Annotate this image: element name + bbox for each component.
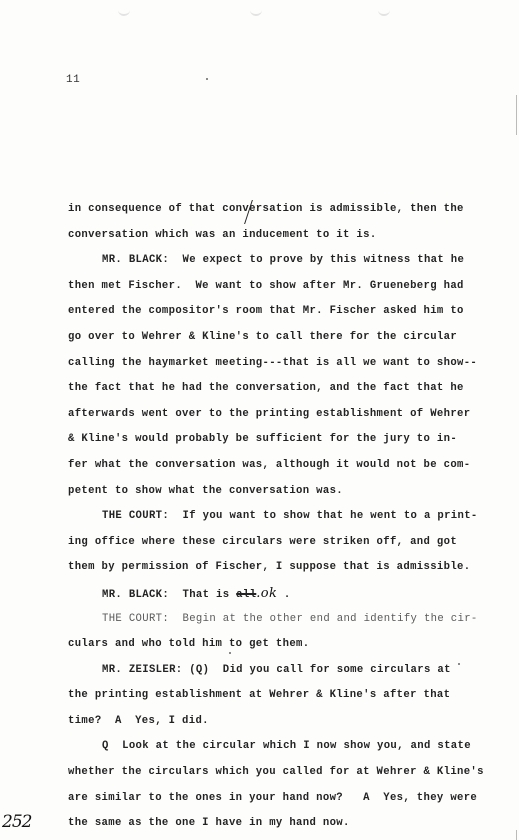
text-line: are similar to the ones in your hand now… [68,786,488,812]
text-line: conversation which was an inducement to … [68,223,488,249]
text-line: calling the haymarket meeting---that is … [68,351,488,377]
handwritten-margin-number: 252 [2,812,31,832]
text-line: the fact that he had the conversation, a… [68,376,488,402]
text-line: entered the compositor's room that Mr. F… [68,299,488,325]
text-line: the same as the one I have in my hand no… [68,811,488,837]
text-line: & Kline's would probably be sufficient f… [68,427,488,453]
punch-hole-mark [250,2,262,16]
stray-mark [206,78,208,80]
stray-mark [229,652,231,654]
text-line-speaker: THE COURT: If you want to show that he w… [68,504,488,530]
text-line: then met Fischer. We want to show after … [68,274,488,300]
transcript-body: in consequence of that conversation is a… [68,197,488,837]
text-line: petent to show what the conversation was… [68,479,488,505]
text-line-speaker: MR. BLACK: That is all.ok . [68,581,488,607]
line-prefix: MR. BLACK: That is [102,589,236,601]
text-line-question: Q Look at the circular which I now show … [68,734,488,760]
punch-hole-mark [378,2,390,16]
text-line-speaker: THE COURT: Begin at the other end and id… [68,607,488,633]
text-line-speaker: MR. ZEISLER: (Q) Did you call for some c… [68,658,488,684]
text-line: in consequence of that conversation is a… [68,197,488,223]
text-line: time? A Yes, I did. [68,709,488,735]
text-line-speaker: MR. BLACK: We expect to prove by this wi… [68,248,488,274]
page-number: 11 [66,74,80,86]
text-line: whether the circulars which you called f… [68,760,488,786]
text-line: fer what the conversation was, although … [68,453,488,479]
edge-mark [516,830,517,840]
text-line: go over to Wehrer & Kline's to call ther… [68,325,488,351]
text-line: the printing establishment at Wehrer & K… [68,683,488,709]
text-line: them by permission of Fischer, I suppose… [68,555,488,581]
text-line: ing office where these circulars were st… [68,530,488,556]
text-line: culars and who told him to get them. [68,632,488,658]
struck-word: all [236,589,256,601]
punch-hole-mark [118,2,130,16]
line-suffix: . [277,589,290,601]
text-line: afterwards went over to the printing est… [68,402,488,428]
edge-mark [516,95,517,135]
handwritten-correction: .ok [256,586,277,601]
document-page: 11 in consequence of that conversation i… [0,0,519,840]
stray-mark [458,663,460,665]
